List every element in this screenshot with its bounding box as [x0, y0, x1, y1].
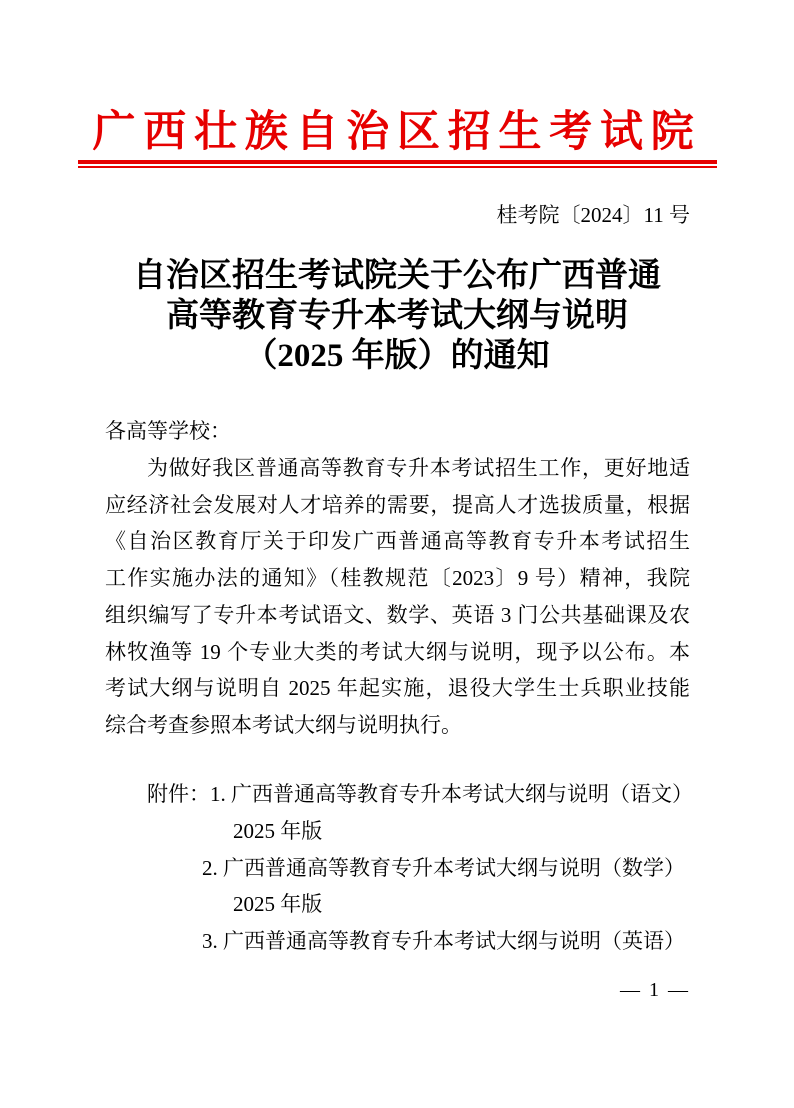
- body-text: 各高等学校： 为做好我区普通高等教育专升本考试招生工作，更好地适 应经济社会发展…: [105, 413, 690, 744]
- page-number: — 1 —: [575, 979, 735, 1002]
- body-line: 组织编写了专升本考试语文、数学、英语 3 门公共基础课及农: [105, 597, 690, 634]
- attachment-line: 2025 年版: [105, 886, 690, 923]
- masthead-title: 广西壮族自治区招生考试院: [0, 108, 794, 157]
- masthead-rule-thin: [78, 166, 717, 168]
- attachments-list: 附件：1. 广西普通高等教育专升本考试大纲与说明（语文） 2025 年版 2. …: [105, 776, 690, 960]
- body-line: 考试大纲与说明自 2025 年起实施，退役大学生士兵职业技能: [105, 670, 690, 707]
- body-line: 为做好我区普通高等教育专升本考试招生工作，更好地适: [105, 450, 690, 487]
- document-title-line: 高等教育专升本考试大纲与说明: [0, 296, 794, 336]
- salutation: 各高等学校：: [105, 413, 690, 450]
- masthead-rule-thick: [78, 160, 717, 164]
- attachment-line: 附件：1. 广西普通高等教育专升本考试大纲与说明（语文）: [105, 776, 690, 813]
- body-line: 综合考查参照本考试大纲与说明执行。: [105, 707, 690, 744]
- attachment-line: 3. 广西普通高等教育专升本考试大纲与说明（英语）: [105, 923, 690, 960]
- document-number: 桂考院〔2024〕11 号: [497, 201, 690, 230]
- document-title-line: （2025 年版）的通知: [0, 336, 794, 376]
- body-line: 林牧渔等 19 个专业大类的考试大纲与说明，现予以公布。本: [105, 634, 690, 671]
- document-page: 广西壮族自治区招生考试院 桂考院〔2024〕11 号 自治区招生考试院关于公布广…: [0, 0, 794, 1108]
- body-line: 工作实施办法的通知》（桂教规范〔2023〕9 号）精神，我院: [105, 560, 690, 597]
- body-line: 应经济社会发展对人才培养的需要，提高人才选拔质量，根据: [105, 487, 690, 524]
- body-line: 《自治区教育厅关于印发广西普通高等教育专升本考试招生: [105, 523, 690, 560]
- document-title: 自治区招生考试院关于公布广西普通 高等教育专升本考试大纲与说明 （2025 年版…: [0, 256, 794, 376]
- attachment-line: 2025 年版: [105, 813, 690, 850]
- document-title-line: 自治区招生考试院关于公布广西普通: [0, 256, 794, 296]
- attachment-line: 2. 广西普通高等教育专升本考试大纲与说明（数学）: [105, 850, 690, 887]
